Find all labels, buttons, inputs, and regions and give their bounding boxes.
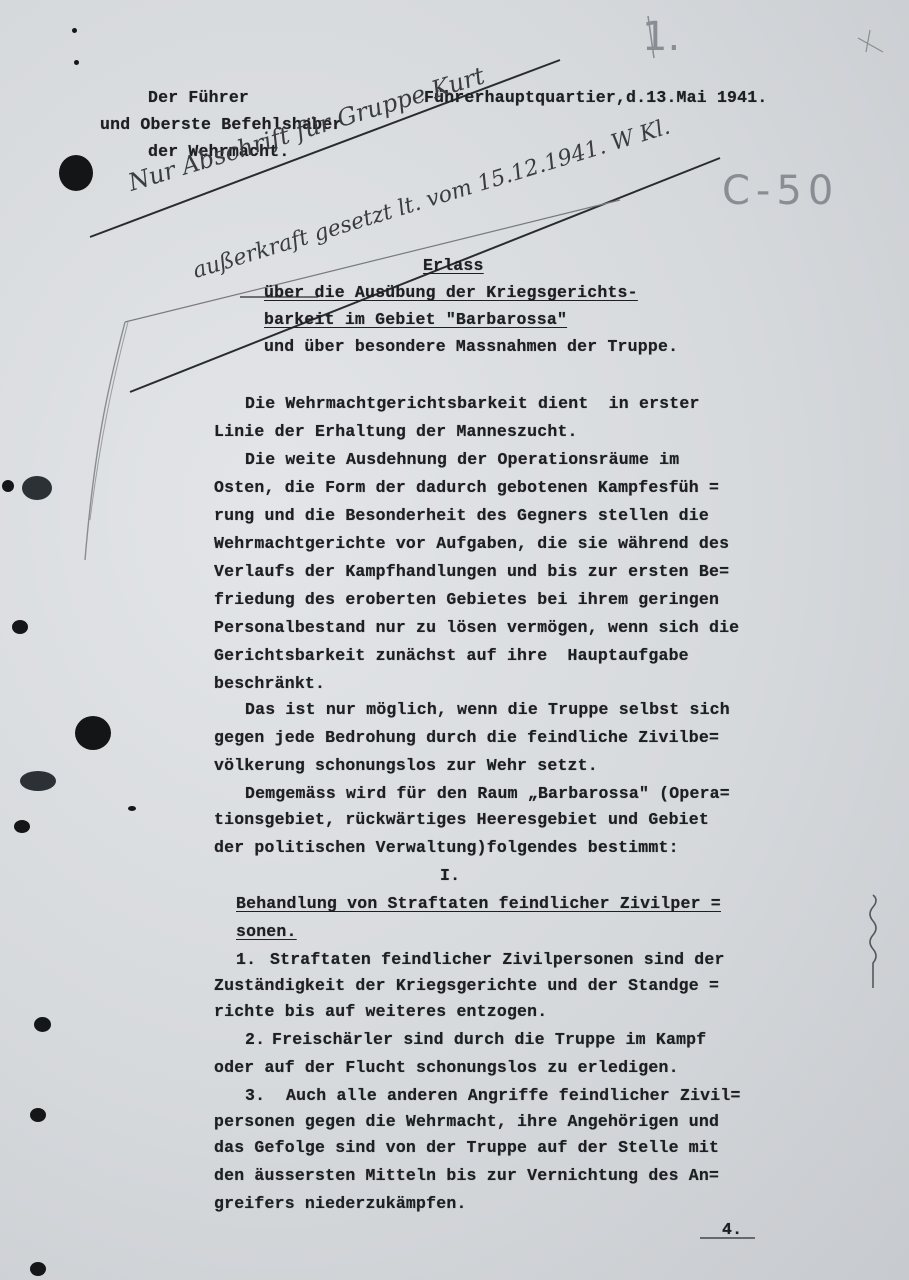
continuation-mark: 4. <box>722 1222 742 1239</box>
wavy-margin-mark <box>870 895 876 988</box>
item-line: Zuständigkeit der Kriegsgerichte und der… <box>214 978 719 995</box>
item-line: Auch alle anderen Angriffe feindlicher Z… <box>286 1088 741 1105</box>
body-line: gegen jede Bedrohung durch die feindlich… <box>214 730 719 747</box>
body-line: Osten, die Form der dadurch gebotenen Ka… <box>214 480 719 497</box>
body-line: Verlaufs der Kampfhandlungen und bis zur… <box>214 564 729 581</box>
body-line: friedung des eroberten Gebietes bei ihre… <box>214 592 719 609</box>
item-number: 1. <box>236 952 256 969</box>
body-line: Gerichtsbarkeit zunächst auf ihre Haupta… <box>214 648 689 665</box>
item-line: richte bis auf weiteres entzogen. <box>214 1004 547 1021</box>
item-line: Freischärler sind durch die Truppe im Ka… <box>272 1032 706 1049</box>
body-line: Linie der Erhaltung der Manneszucht. <box>214 424 578 441</box>
body-line: Wehrmachtgerichte vor Aufgaben, die sie … <box>214 536 729 553</box>
section-heading-line-1: Behandlung von Straftaten feindlicher Zi… <box>236 896 721 913</box>
body-line: rung und die Besonderheit des Gegners st… <box>214 508 709 525</box>
section-heading-line-2: sonen. <box>236 924 297 941</box>
pencil-page-number: 1. <box>642 14 680 60</box>
body-line: tionsgebiet, rückwärtiges Heeresgebiet u… <box>214 812 709 829</box>
body-line: Demgemäss wird für den Raum „Barbarossa"… <box>245 786 730 803</box>
item-line: das Gefolge sind von der Truppe auf der … <box>214 1140 719 1157</box>
item-line: personen gegen die Wehrmacht, ihre Angeh… <box>214 1114 719 1131</box>
body-line: Die Wehrmachtgerichtsbarkeit dient in er… <box>245 396 700 413</box>
body-line: der politischen Verwaltung)folgendes bes… <box>214 840 679 857</box>
title-line-3: barkeit im Gebiet "Barbarossa" <box>264 312 567 329</box>
title-line-2: über die Ausübung der Kriegsgerichts- <box>264 285 638 302</box>
item-line: den äussersten Mitteln bis zur Vernichtu… <box>214 1168 719 1185</box>
item-line: greifers niederzukämpfen. <box>214 1196 467 1213</box>
place-date: Führerhauptquartier,d.13.Mai 1941. <box>424 90 767 107</box>
item-number: 2. <box>245 1032 265 1049</box>
body-line: beschränkt. <box>214 676 325 693</box>
item-number: 3. <box>245 1088 265 1105</box>
body-line: Die weite Ausdehnung der Operationsräume… <box>245 452 679 469</box>
body-line: Personalbestand nur zu lösen vermögen, w… <box>214 620 739 637</box>
scanned-document-page: 1. C-50 Der Führer und Oberste Befehlsha… <box>0 0 909 1280</box>
exhibit-code: C-50 <box>722 168 839 214</box>
item-line: Straftaten feindlicher Zivilpersonen sin… <box>270 952 725 969</box>
section-numeral: I. <box>440 868 460 885</box>
body-line: Das ist nur möglich, wenn die Truppe sel… <box>245 702 730 719</box>
title-line-4: und über besondere Massnahmen der Truppe… <box>264 339 678 356</box>
item-line: oder auf der Flucht schonungslos zu erle… <box>214 1060 679 1077</box>
body-line: völkerung schonungslos zur Wehr setzt. <box>214 758 598 775</box>
title-line-1: Erlass <box>423 258 484 275</box>
sender-line-1: Der Führer <box>148 90 249 107</box>
